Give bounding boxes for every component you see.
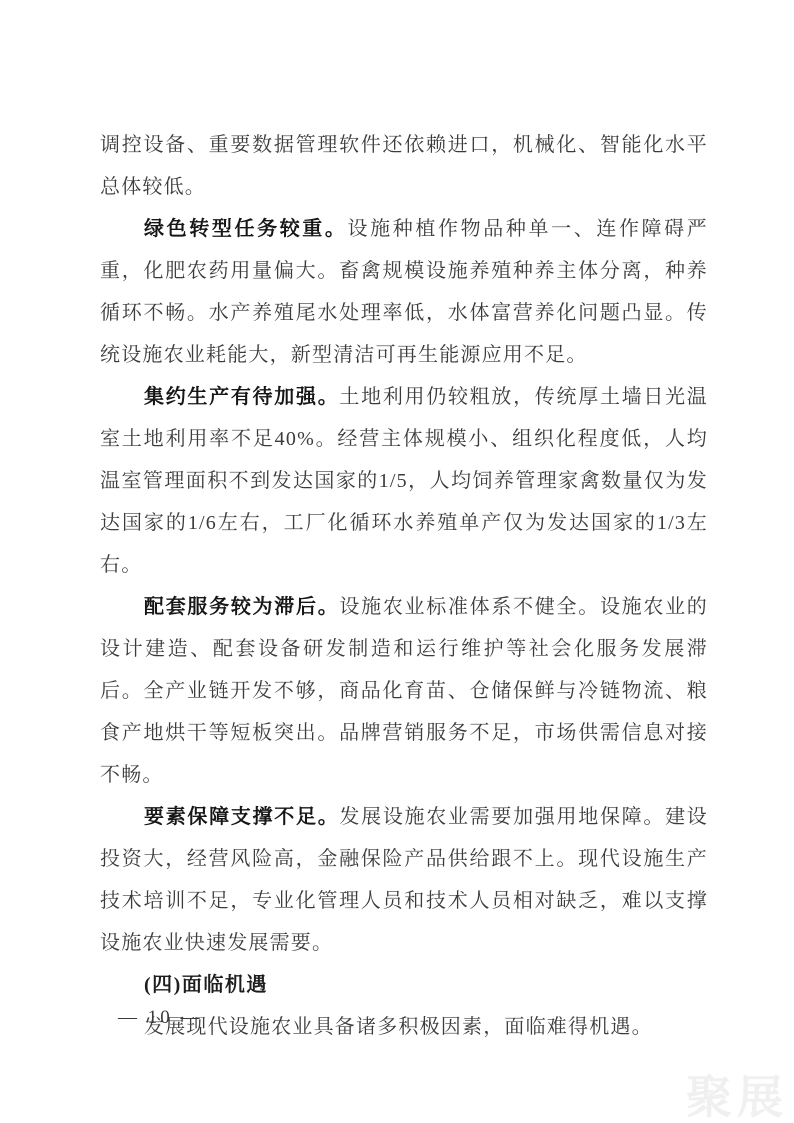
paragraph: 集约生产有待加强。土地利用仍较粗放，传统厚土墙日光温室土地利用率不足40%。经营… bbox=[100, 376, 708, 586]
paragraph-lead: 绿色转型任务较重。 bbox=[144, 218, 348, 240]
document-body: 调控设备、重要数据管理软件还依赖进口，机械化、智能化水平总体较低。绿色转型任务较… bbox=[100, 124, 708, 1048]
paragraph: 绿色转型任务较重。设施种植作物品种单一、连作障碍严重，化肥农药用量偏大。畜禽规模… bbox=[100, 208, 708, 376]
paragraph: 要素保障支撑不足。发展设施农业需要加强用地保障。建设投资大，经营风险高，金融保险… bbox=[100, 796, 708, 964]
paragraph-text: 土地利用仍较粗放，传统厚土墙日光温室土地利用率不足40%。经营主体规模小、组织化… bbox=[100, 386, 708, 576]
page-number: — 10 — bbox=[118, 1003, 203, 1033]
paragraph-lead: 集约生产有待加强。 bbox=[144, 386, 339, 408]
watermark-text: 聚展 bbox=[686, 1072, 788, 1122]
paragraph: 配套服务较为滞后。设施农业标准体系不健全。设施农业的设计建造、配套设备研发制造和… bbox=[100, 586, 708, 796]
paragraph-text: 设施农业标准体系不健全。设施农业的设计建造、配套设备研发制造和运行维护等社会化服… bbox=[100, 596, 708, 786]
paragraph-text: 发展现代设施农业具备诸多积极因素，面临难得机遇。 bbox=[144, 1016, 653, 1038]
document-page: 调控设备、重要数据管理软件还依赖进口，机械化、智能化水平总体较低。绿色转型任务较… bbox=[0, 0, 794, 1123]
section-heading: (四)面临机遇 bbox=[100, 964, 708, 1006]
paragraph: 调控设备、重要数据管理软件还依赖进口，机械化、智能化水平总体较低。 bbox=[100, 124, 708, 208]
paragraph-lead: 要素保障支撑不足。 bbox=[144, 806, 339, 828]
paragraph-lead: 配套服务较为滞后。 bbox=[144, 596, 339, 618]
section-heading-text: (四)面临机遇 bbox=[144, 974, 268, 996]
paragraph-text: 设施种植作物品种单一、连作障碍严重，化肥农药用量偏大。畜禽规模设施养殖种养主体分… bbox=[100, 218, 708, 366]
paragraph-text: 发展设施农业需要加强用地保障。建设投资大，经营风险高，金融保险产品供给跟不上。现… bbox=[100, 806, 708, 954]
paragraph-text: 调控设备、重要数据管理软件还依赖进口，机械化、智能化水平总体较低。 bbox=[100, 134, 708, 198]
